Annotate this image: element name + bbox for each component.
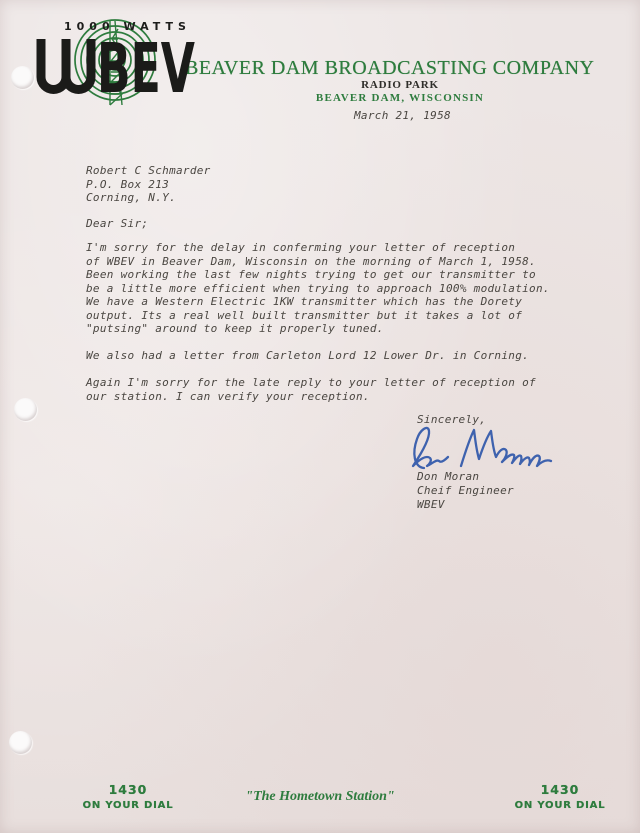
letter-date: March 21, 1958 <box>354 109 451 123</box>
footer-dial-right: ON YOUR DIAL <box>514 800 606 811</box>
recipient-line: Robert C Schmarder <box>86 164 211 178</box>
body-line: I'm sorry for the delay in conferming yo… <box>86 241 550 255</box>
signature <box>404 421 559 473</box>
company-name: BEAVER DAM BROADCASTING COMPANY <box>185 57 594 80</box>
body-line: output. Its a real well built transmitte… <box>86 309 550 323</box>
footer-slogan: "The Hometown Station" <box>220 789 420 805</box>
letter-paragraph-1: I'm sorry for the delay in conferming yo… <box>86 241 550 336</box>
signature-block: Don Moran Cheif Engineer WBEV <box>417 470 514 512</box>
body-line: Been working the last few nights trying … <box>86 268 550 282</box>
typed-name: Don Moran <box>417 470 514 484</box>
recipient-address: Robert C Schmarder P.O. Box 213 Corning,… <box>86 164 211 205</box>
body-line: of WBEV in Beaver Dam, Wisconsin on the … <box>86 255 550 269</box>
letter-page: BEV 1000 WATTS BEAVER DAM BROADCASTING C… <box>0 0 640 833</box>
footer-right: 1430 ON YOUR DIAL <box>514 782 606 811</box>
body-line: be a little more efficient when trying t… <box>86 282 550 296</box>
organization: WBEV <box>417 498 514 512</box>
body-line: our station. I can verify your reception… <box>86 390 536 404</box>
footer-left: 1430 ON YOUR DIAL <box>82 782 174 811</box>
recipient-line: Corning, N.Y. <box>86 191 211 205</box>
address-radio-park: RADIO PARK <box>310 79 490 91</box>
punch-hole <box>11 66 34 89</box>
recipient-line: P.O. Box 213 <box>86 178 211 192</box>
salutation: Dear Sir; <box>86 217 148 231</box>
callsign-w <box>41 39 91 90</box>
punch-hole <box>9 731 32 754</box>
power-label: 1000 WATTS <box>64 20 191 33</box>
callsign-rest: BEV <box>97 36 195 98</box>
address-city: BEAVER DAM, WISCONSIN <box>280 92 520 104</box>
letter-paragraph-3: Again I'm sorry for the late reply to yo… <box>86 376 536 403</box>
footer-frequency-right: 1430 <box>514 782 606 797</box>
callsign-logo: BEV <box>33 36 203 98</box>
footer-dial-left: ON YOUR DIAL <box>82 800 174 811</box>
body-line: Again I'm sorry for the late reply to yo… <box>86 376 536 390</box>
job-title: Cheif Engineer <box>417 484 514 498</box>
punch-hole <box>14 398 37 421</box>
body-line: "putsing" around to keep it properly tun… <box>86 322 550 336</box>
body-line: We also had a letter from Carleton Lord … <box>86 349 529 363</box>
body-line: We have a Western Electric 1KW transmitt… <box>86 295 550 309</box>
letter-paragraph-2: We also had a letter from Carleton Lord … <box>86 349 529 363</box>
footer-frequency-left: 1430 <box>82 782 174 797</box>
